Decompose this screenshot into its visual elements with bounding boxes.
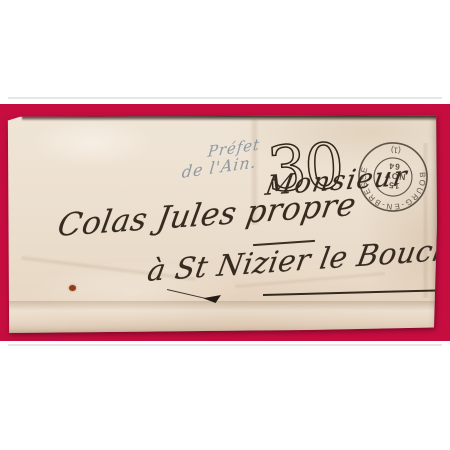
handwritten-addressee: Colas Jules propre — [55, 187, 359, 244]
folded-letter: Préfet de l'Ain. 30 BOURG-EN-BRESSE — [7, 115, 437, 333]
postmark-ring-number: (1) — [390, 145, 401, 155]
underline-flourish — [263, 289, 441, 295]
paper-top-edge-shadow — [22, 115, 437, 121]
photo-edge-artifact-top — [8, 97, 442, 99]
photo-edge-artifact-bottom — [8, 344, 442, 346]
letter-paper: Préfet de l'Ain. 30 BOURG-EN-BRESSE — [7, 115, 437, 333]
prefect-franchise-marking-line2: de l'Ain. — [181, 152, 258, 182]
handwritten-destination: à St Nizier le Bouchoux — [145, 228, 450, 288]
product-photo: Préfet de l'Ain. 30 BOURG-EN-BRESSE — [0, 0, 450, 450]
bottom-fold-flap — [7, 301, 437, 333]
crimson-backdrop: Préfet de l'Ain. 30 BOURG-EN-BRESSE — [0, 104, 450, 341]
rust-spot — [69, 285, 76, 291]
